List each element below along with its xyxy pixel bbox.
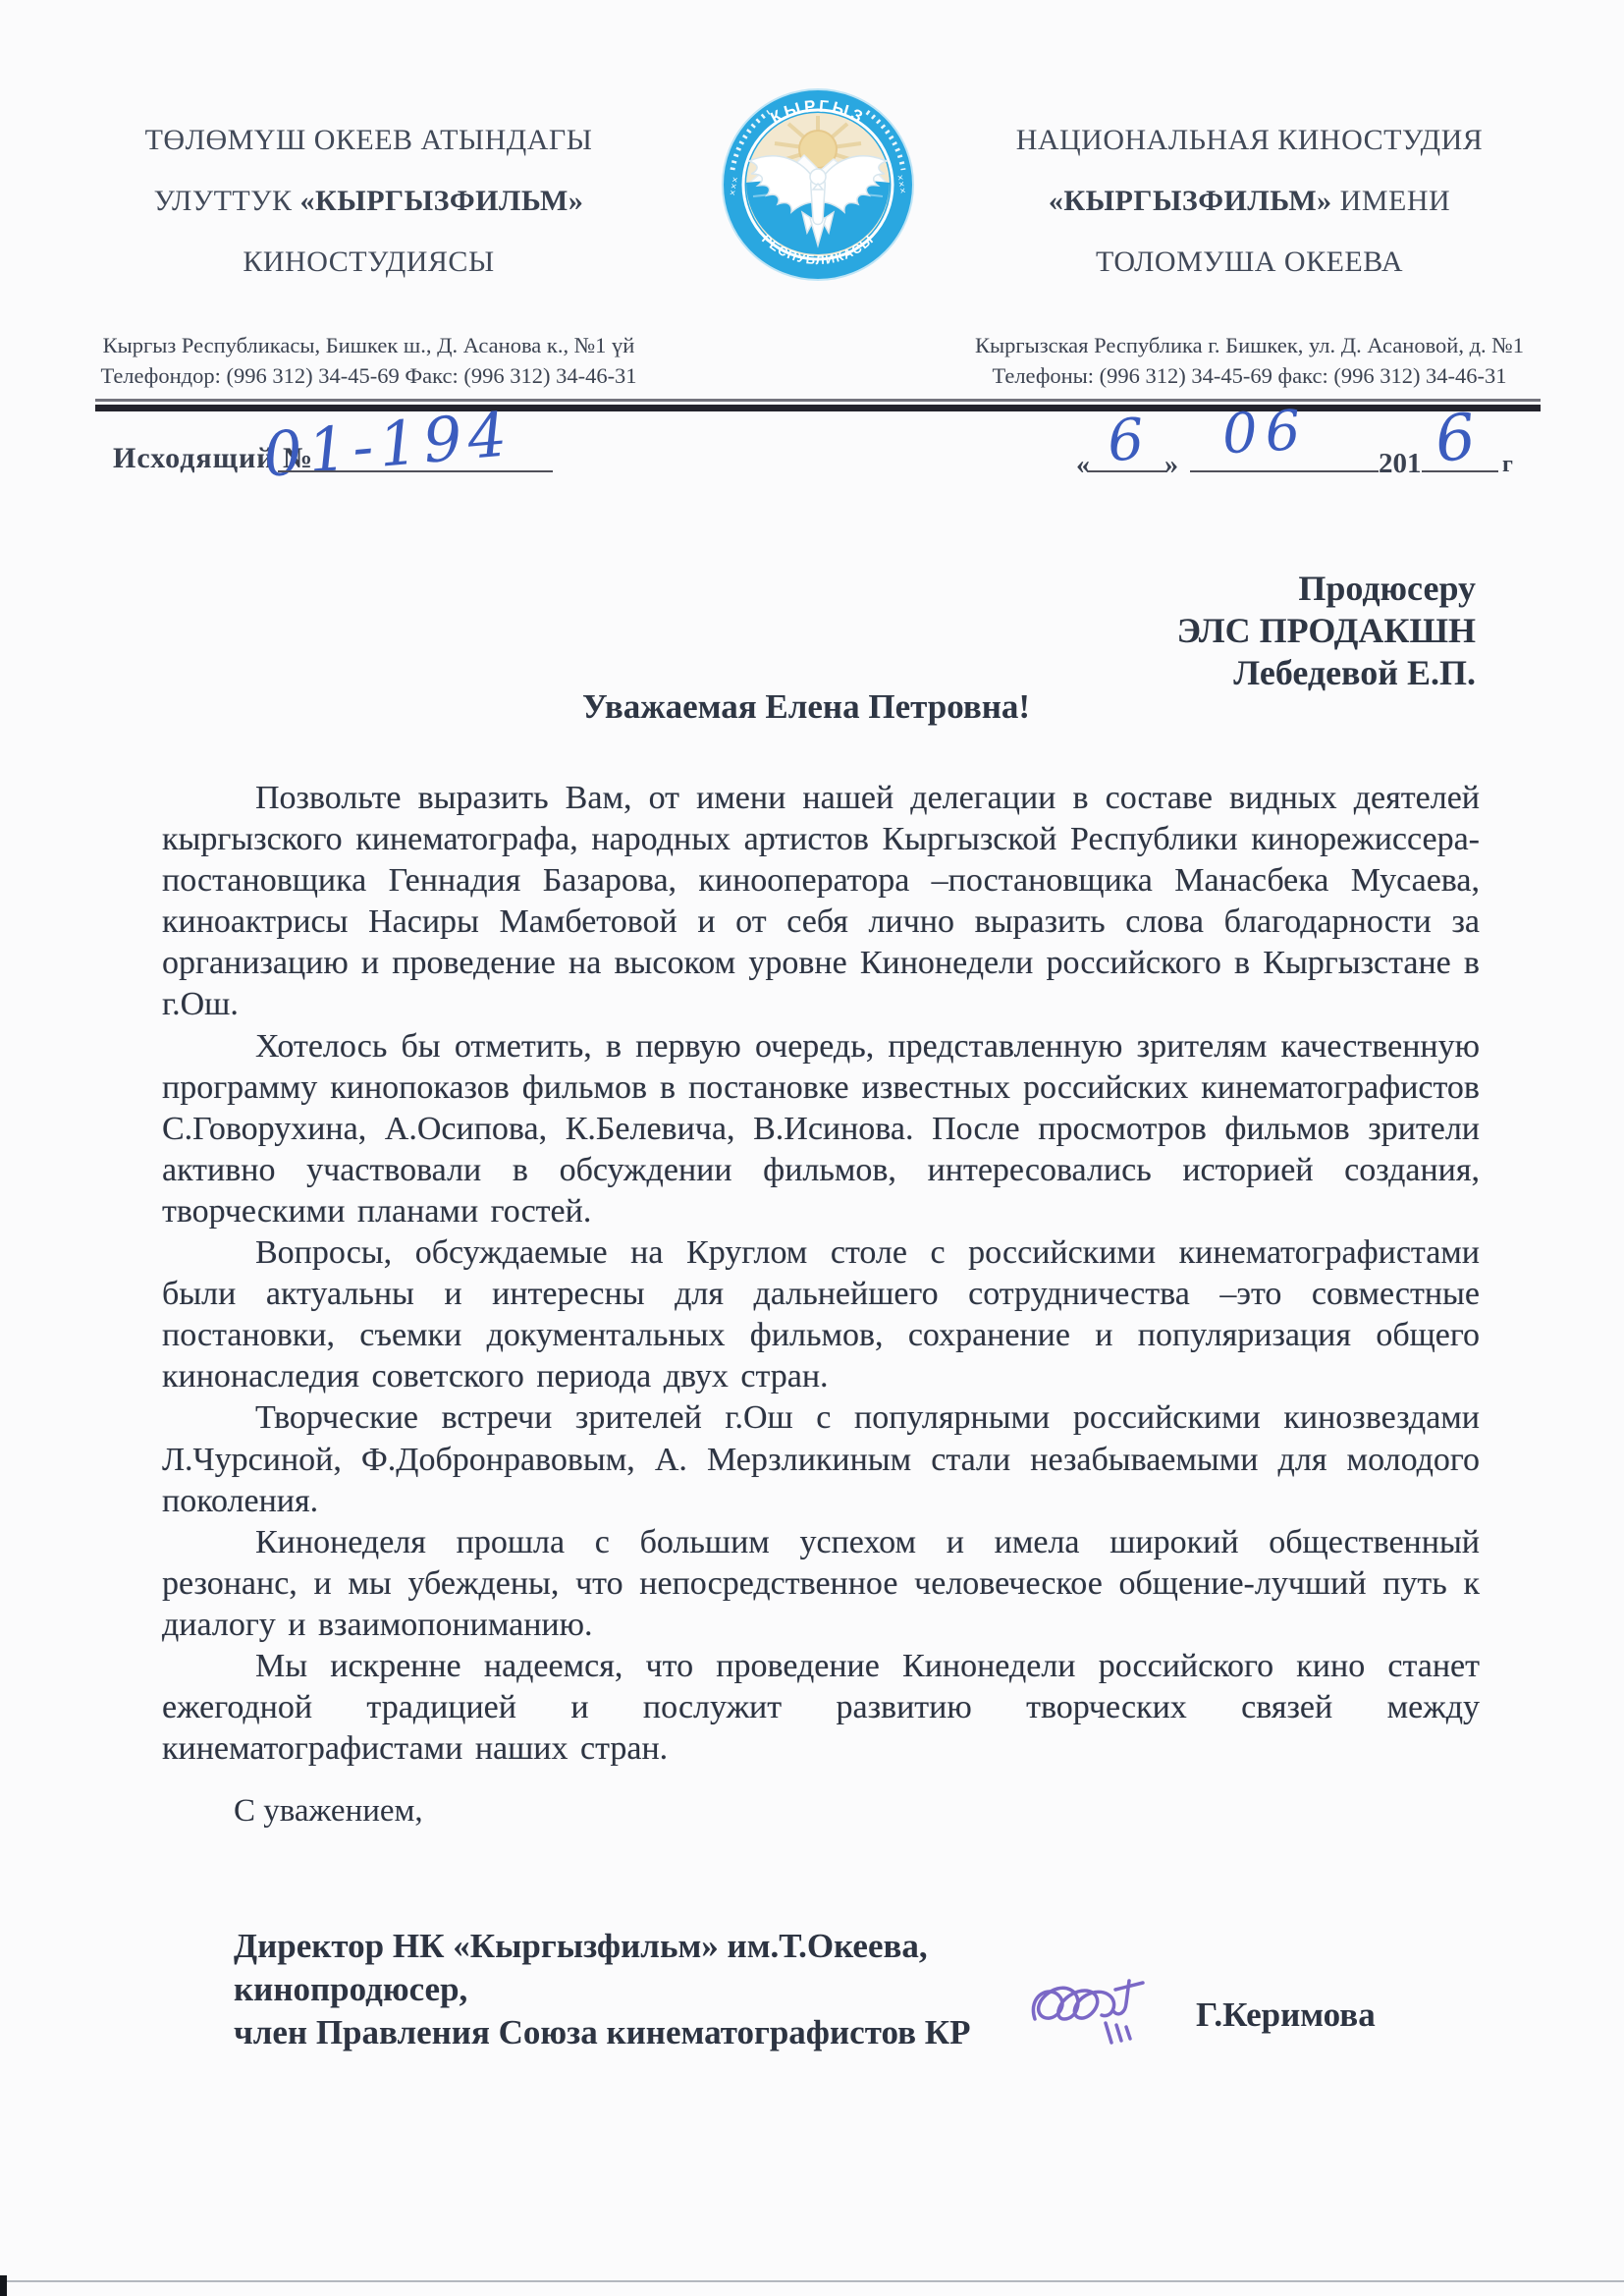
address-kyrgyz: Кыргыз Республикасы, Бишкек ш., Д. Асано… [86,330,651,391]
date-year-printed: 201 [1379,448,1422,480]
recipient-person: Лебедевой Е.П. [982,652,1476,694]
org-name-kyrgyz-line1: ТӨЛӨМҮШ ОКЕЕВ АТЫНДАГЫ [86,110,651,171]
recipient-company: ЭЛС ПРОДАКШН [982,610,1476,652]
signature-block: Директор НК «Кыргызфильм» им.Т.Океева, к… [234,1925,970,2054]
outgoing-number-handwritten: 01-194 [260,398,515,491]
date-day-line [1088,470,1166,472]
org-name-russian-line1: НАЦИОНАЛЬНАЯ КИНОСТУДИЯ [967,110,1532,171]
date-year-suffix: г [1502,452,1513,478]
address-kyrgyz-line1: Кыргыз Республикасы, Бишкек ш., Д. Асано… [86,330,651,360]
outgoing-number-line [278,470,553,472]
recipient-block: Продюсеру ЭЛС ПРОДАКШН Лебедевой Е.П. [982,568,1476,694]
body-paragraph: Хотелось бы отметить, в первую очередь, … [162,1026,1480,1232]
org-name-kyrgyz-line2: УЛУТТУК «КЫРГЫЗФИЛЬМ» [86,171,651,232]
letterhead-divider [95,399,1541,411]
handwritten-signature-icon [1021,1960,1193,2062]
org-name-kyrgyz-line3: КИНОСТУДИЯСЫ [86,232,651,293]
closing-line: С уважением, [234,1793,423,1830]
org-name-russian: НАЦИОНАЛЬНАЯ КИНОСТУДИЯ «КЫРГЫЗФИЛЬМ» ИМ… [967,110,1532,293]
date-quote-close: » [1164,450,1178,481]
body-paragraph: Мы искренне надеемся, что проведение Кин… [162,1646,1480,1770]
divider-thick-line [95,405,1541,411]
address-russian: Кыргызская Республика г. Бишкек, ул. Д. … [967,330,1532,391]
recipient-title: Продюсеру [982,568,1476,610]
body-paragraph: Позвольте выразить Вам, от имени нашей д… [162,778,1480,1026]
salutation: Уважаемая Елена Петровна! [582,687,1030,727]
letter-page: ТӨЛӨМҮШ ОКЕЕВ АТЫНДАГЫ УЛУТТУК «КЫРГЫЗФИ… [0,0,1624,2296]
signer-name: Г.Керимова [1196,1995,1376,2035]
date-month-line [1190,470,1379,472]
kyrgyz-republic-emblem-icon: КЫРГЫЗ РЕСПУБЛИКАСЫ ××× ××× [720,86,916,283]
date-month-handwritten: 06 [1220,399,1310,466]
signer-title-line1: Директор НК «Кыргызфильм» им.Т.Океева, [234,1925,970,1968]
date-quote-open: « [1076,450,1090,481]
scan-edge-line [0,2280,1624,2282]
org-name-kyrgyz: ТӨЛӨМҮШ ОКЕЕВ АТЫНДАГЫ УЛУТТУК «КЫРГЫЗФИ… [86,110,651,293]
address-russian-line1: Кыргызская Республика г. Бишкек, ул. Д. … [967,330,1532,360]
org-name-russian-line3: ТОЛОМУША ОКЕЕВА [967,232,1532,293]
date-day-handwritten: 6 [1106,406,1147,474]
date-year-line [1422,470,1498,472]
date-year-handwritten: 6 [1432,401,1479,477]
letter-body: Позвольте выразить Вам, от имени нашей д… [162,778,1480,1770]
address-kyrgyz-line2: Телефондор: (996 312) 34-45-69 Факс: (99… [86,360,651,391]
body-paragraph: Кинонеделя прошла с большим успехом и им… [162,1522,1480,1646]
signer-title-line3: член Правления Союза кинематографистов К… [234,2011,970,2054]
scan-edge-corner-mark [0,2275,7,2296]
org-name-russian-line2: «КЫРГЫЗФИЛЬМ» ИМЕНИ [967,171,1532,232]
signer-title-line2: кинопродюсер, [234,1968,970,2011]
body-paragraph: Вопросы, обсуждаемые на Круглом столе с … [162,1232,1480,1397]
body-paragraph: Творческие встречи зрителей г.Ош с попул… [162,1397,1480,1521]
address-russian-line2: Телефоны: (996 312) 34-45-69 факс: (996 … [967,360,1532,391]
